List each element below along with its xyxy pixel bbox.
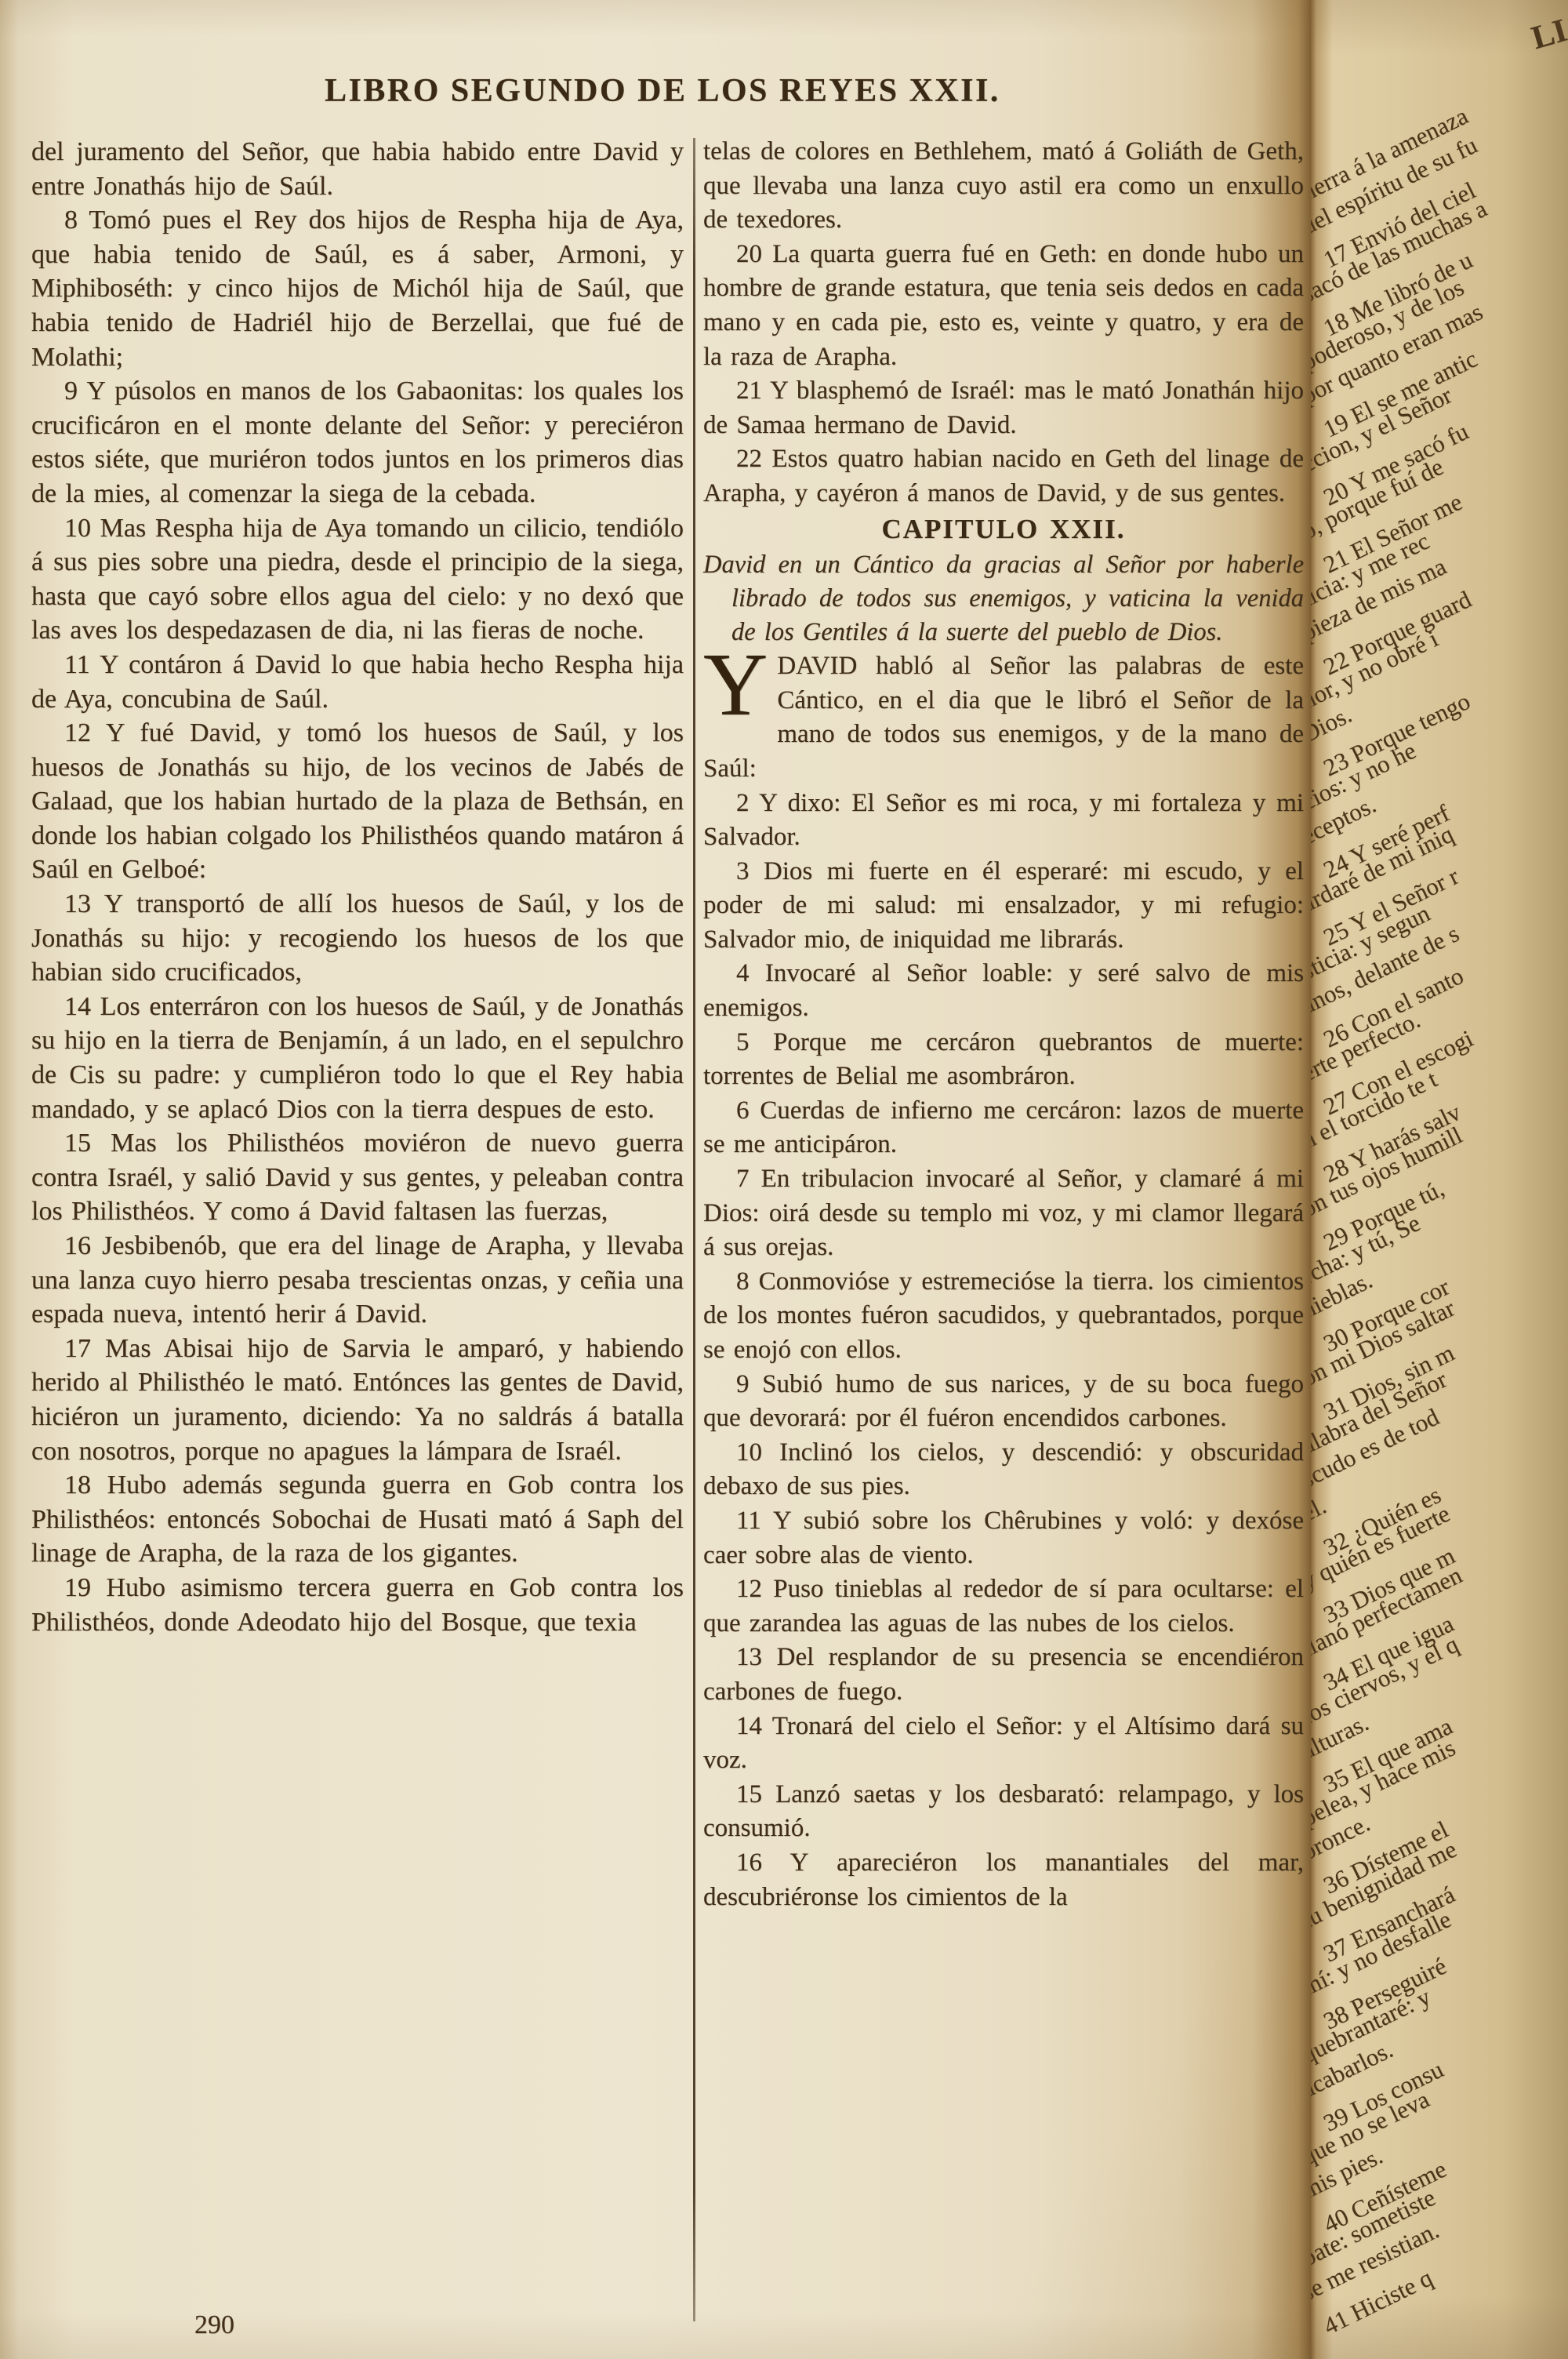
verse-paragraph: 15 Lanzó saetas y los desbarató: relampa… [703,1778,1304,1846]
adjacent-page-text-fragments: herra á la amenaza del espíritu de su fu… [1317,179,1568,2346]
text-column-left: del juramento del Señor, que habia habid… [31,135,684,1639]
adjacent-page-edge: LI herra á la amenaza del espíritu de su… [1311,0,1568,2359]
verse-paragraph: 18 Hubo además segunda guerra en Gob con… [31,1468,684,1571]
verse-paragraph: 11 Y subió sobre los Chêrubines y voló: … [703,1504,1304,1572]
verse-paragraph: 4 Invocaré al Señor loable: y seré salvo… [703,957,1304,1025]
chapter-opening-text: DAVID habló al Señor las palabras de est… [703,652,1304,783]
scanned-book-photo: LIBRO SEGUNDO DE LOS REYES XXII. del jur… [0,0,1568,2359]
verse-paragraph: 20 La quarta guerra fué en Geth: en dond… [703,238,1304,374]
verse-paragraph: 14 Los enterráron con los huesos de Saúl… [31,990,684,1126]
verse-paragraph: 13 Y transportó de allí los huesos de Sa… [31,887,684,990]
chapter-argument: David en un Cántico da gracias al Señor … [703,548,1304,649]
verse-paragraph: 7 En tribulacion invocaré al Señor, y cl… [703,1162,1304,1265]
verse-paragraph: telas de colores en Bethlehem, mató á Go… [703,135,1304,238]
chapter-opening-paragraph: YDAVID habló al Señor las palabras de es… [703,649,1304,786]
verse-paragraph: 5 Porque me cercáron quebrantos de muert… [703,1026,1304,1094]
drop-cap-initial: Y [703,649,777,718]
verse-paragraph: 3 Dios mi fuerte en él esperaré: mi escu… [703,855,1304,958]
column-divider-rule [693,138,695,2321]
left-page: LIBRO SEGUNDO DE LOS REYES XXII. del jur… [0,0,1311,2359]
verse-paragraph: 17 Mas Abisai hijo de Sarvia le amparó, … [31,1332,684,1468]
verse-paragraph: 11 Y contáron á David lo que habia hecho… [31,648,684,716]
verse-paragraph: 12 Puso tinieblas al rededor de sí para … [703,1572,1304,1641]
verse-paragraph: 22 Estos quatro habian nacido en Geth de… [703,442,1304,511]
verse-paragraph: 6 Cuerdas de infierno me cercáron: lazos… [703,1094,1304,1162]
chapter-heading: CAPITULO XXII. [703,512,1304,547]
right-column-top-verses: telas de colores en Bethlehem, mató á Go… [703,135,1304,511]
verse-paragraph: 15 Mas los Philisthéos moviéron de nuevo… [31,1126,684,1229]
verse-paragraph: 12 Y fué David, y tomó los huesos de Saú… [31,716,684,887]
verse-paragraph: 10 Inclinó los cielos, y descendió: y ob… [703,1436,1304,1504]
verse-paragraph: 9 Subió humo de sus narices, y de su boc… [703,1368,1304,1436]
right-column-verses: 2 Y dixo: El Señor es mi roca, y mi fort… [703,787,1304,1915]
adjacent-running-head-fragment: LI [1527,12,1568,57]
verse-paragraph: 8 Conmovióse y estremecióse la tierra. l… [703,1265,1304,1368]
page-number: 290 [194,2310,234,2340]
verse-paragraph: del juramento del Señor, que habia habid… [31,135,684,203]
verse-paragraph: 8 Tomó pues el Rey dos hijos de Respha h… [31,203,684,374]
verse-paragraph: 2 Y dixo: El Señor es mi roca, y mi fort… [703,787,1304,855]
verse-paragraph: 14 Tronará del cielo el Señor: y el Altí… [703,1710,1304,1778]
verse-paragraph: 10 Mas Respha hija de Aya tomando un cil… [31,511,684,648]
running-head: LIBRO SEGUNDO DE LOS REYES XXII. [24,72,1301,110]
verse-paragraph: 19 Hubo asimismo tercera guerra en Gob c… [31,1571,684,1639]
verse-paragraph: 21 Y blasphemó de Israél: mas le mató Jo… [703,374,1304,442]
verse-paragraph: 9 Y púsolos en manos de los Gabaonitas: … [31,374,684,511]
verse-paragraph: 16 Jesbibenób, que era del linage de Ara… [31,1229,684,1332]
text-column-right: telas de colores en Bethlehem, mató á Go… [703,135,1304,1914]
verse-paragraph: 16 Y apareciéron los manantiales del mar… [703,1846,1304,1914]
verse-paragraph: 13 Del resplandor de su presencia se enc… [703,1641,1304,1709]
